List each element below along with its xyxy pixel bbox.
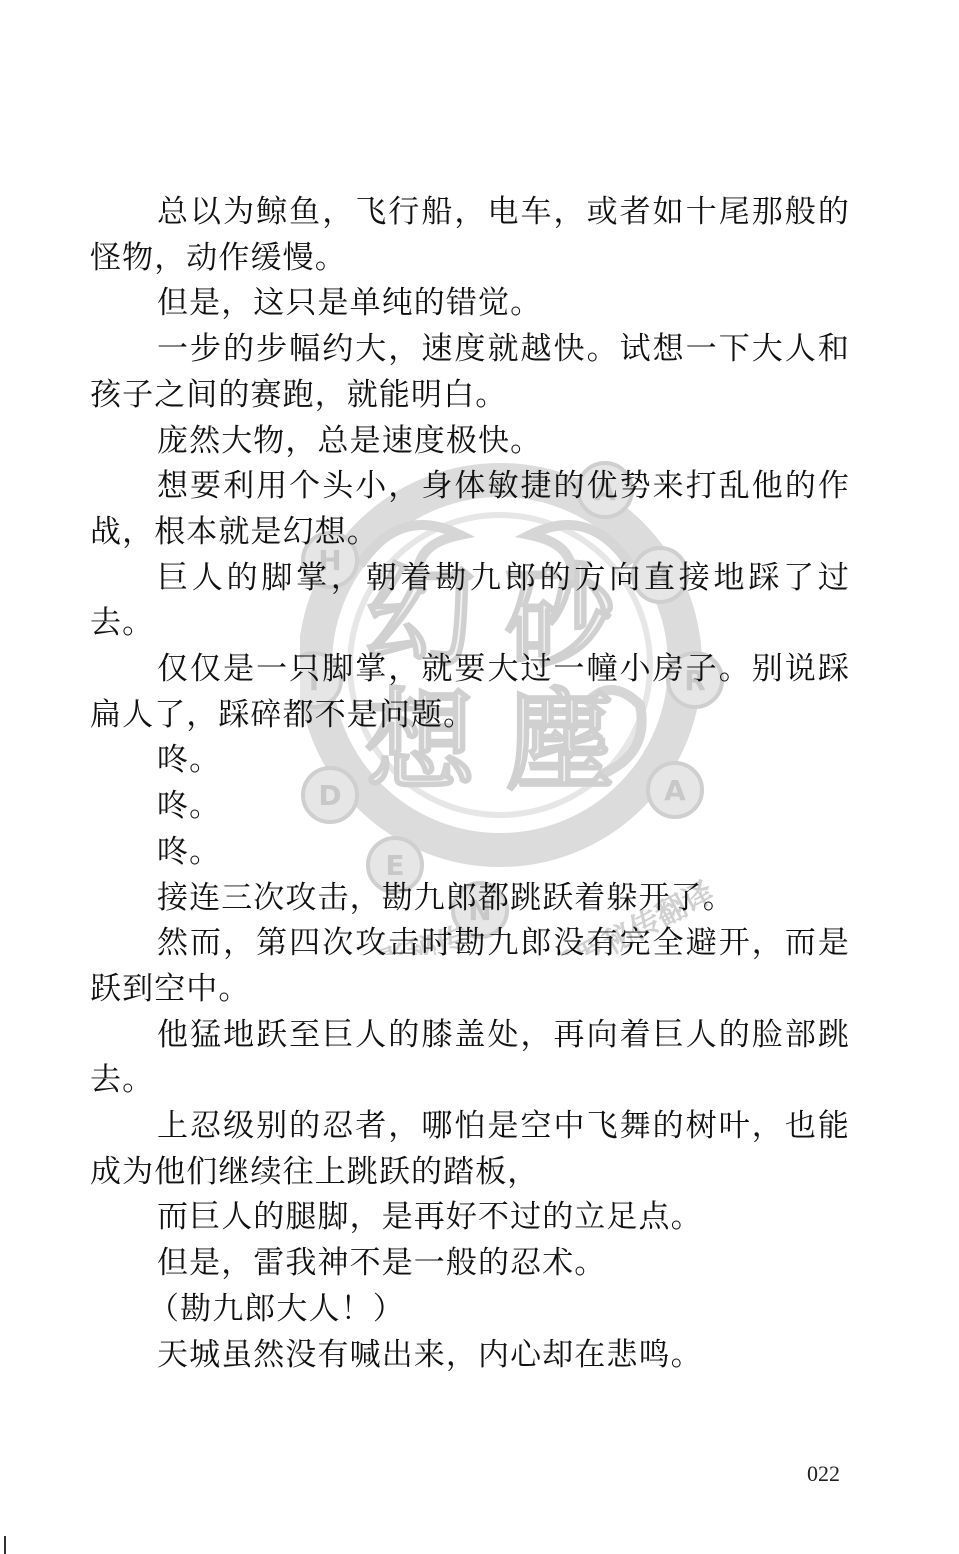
paragraph: 仅仅是一只脚掌，就要大过一幢小房子。别说踩扁人了，踩碎都不是问题。 <box>90 647 850 738</box>
paragraph: 他猛地跃至巨人的膝盖处，再向着巨人的脸部跳去。 <box>90 1013 850 1104</box>
paragraph: 然而，第四次攻击时勘九郎没有完全避开，而是跃到空中。 <box>90 921 850 1012</box>
paragraph-inner-thought: （勘九郎大人！） <box>90 1287 850 1333</box>
paragraph-onomatopoeia: 咚。 <box>90 784 850 830</box>
paragraph: 而巨人的腿脚，是再好不过的立足点。 <box>90 1195 850 1241</box>
paragraph: 但是，雷我神不是一般的忍术。 <box>90 1241 850 1287</box>
paragraph-onomatopoeia: 咚。 <box>90 738 850 784</box>
paragraph: 想要利用个头小，身体敏捷的优势来打乱他的作战，根本就是幻想。 <box>90 464 850 555</box>
paragraph-onomatopoeia: 咚。 <box>90 830 850 876</box>
paragraph: 总以为鲸鱼，飞行船，电车，或者如十尾那般的怪物，动作缓慢。 <box>90 190 850 281</box>
paragraph: 一步的步幅约大，速度就越快。试想一下大人和孩子之间的赛跑，就能明白。 <box>90 327 850 418</box>
paragraph: 但是，这只是单纯的错觉。 <box>90 281 850 327</box>
paragraph: 上忍级别的忍者，哪怕是空中飞舞的树叶，也能成为他们继续往上跳跃的踏板， <box>90 1104 850 1195</box>
chapter-body: 总以为鲸鱼，飞行船，电车，或者如十尾那般的怪物，动作缓慢。 但是，这只是单纯的错… <box>90 190 850 1378</box>
scan-edge-mark <box>4 1536 6 1554</box>
paragraph: 天城虽然没有喊出来，内心却在悲鸣。 <box>90 1333 850 1379</box>
page-number: 022 <box>807 1461 840 1487</box>
book-page: H I D E N A R R A 幻 砂 想 塵 火影秘传 爱罗秘传翻译 总以… <box>0 0 959 1554</box>
paragraph: 接连三次攻击，勘九郎都跳跃着躲开了。 <box>90 876 850 922</box>
paragraph: 庞然大物，总是速度极快。 <box>90 419 850 465</box>
paragraph: 巨人的脚掌，朝着勘九郎的方向直接地踩了过去。 <box>90 556 850 647</box>
